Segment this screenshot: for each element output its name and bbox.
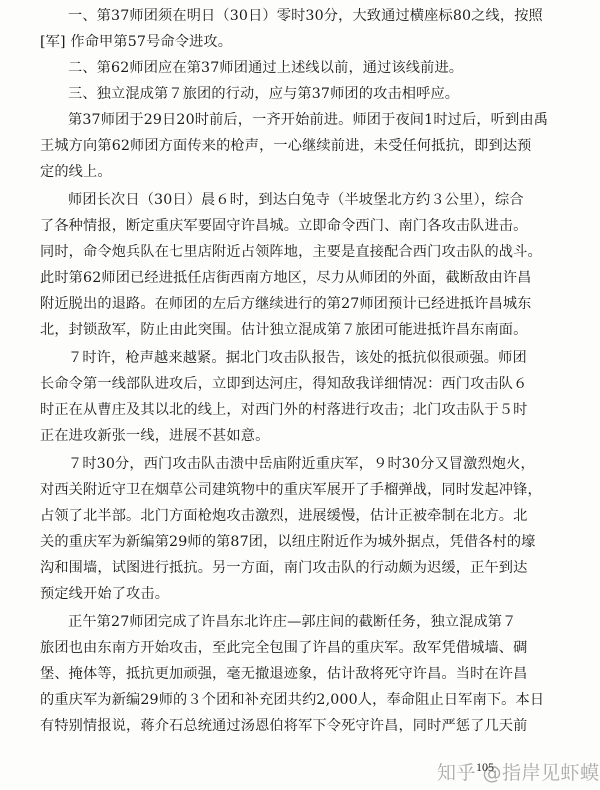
text-line: 此时第62师团已经进抵任店街西南方地区，尽力从师团的外面，截断敌由许昌: [40, 268, 532, 288]
text-line: 预定线开始了攻击。: [40, 584, 169, 604]
text-line: 旅团也由东南方开始攻击，至此完全包围了许昌的重庆军。敌军凭借城墙、碉: [40, 638, 527, 658]
text-line: 王城方向第62师团方面传来的枪声，一心继续前进，未受任何抵抗，即到达预: [40, 136, 532, 156]
text-line: 有特别情报说，蒋介石总统通过汤恩伯将军下令死守许昌，同时严惩了几天前: [40, 716, 527, 736]
text-line: 北，封锁敌军，防止由此突围。估计独立混成第７旅团可能进抵许昌东南面。: [40, 320, 527, 340]
text-line: 沟和围墙，试图进行抵抗。另一方面，南门攻击队的行动颇为迟缓，正午到达: [40, 558, 527, 578]
text-line: 对西关附近守卫在烟草公司建筑物中的重庆军展开了手榴弹战，同时发起冲锋，: [40, 480, 542, 500]
text-line: 师团长次日（30日）晨６时，到达白兔寺（半坡堡北方约３公里），综合: [68, 190, 524, 210]
page-number: 105: [476, 760, 494, 775]
text-line: 三、独立混成第７旅团的行动，应与第37师团的攻击相呼应。: [68, 84, 459, 104]
text-line: 关的重庆军为新编第29师的第87团，以纽庄附近作为城外据点，凭借各村的壕: [40, 532, 536, 552]
text-line: 同时，命令炮兵队在七里店附近占领阵地，主要是直接配合西门攻击队的战斗。: [40, 242, 542, 262]
watermark: 知乎 @指岸见虾蟆: [437, 758, 600, 785]
text-line: 二、第62师团应在第37师团通过上述线以前，通过该线前进。: [68, 58, 463, 78]
text-line: 正午第27师团完成了许昌东北许庄—郭庄间的截断任务，独立混成第７: [68, 612, 516, 632]
text-line: ７时30分，西门攻击队击溃中岳庙附近重庆军，９时30分又冒激烈炮火，: [68, 454, 535, 474]
text-line: [军] 作命甲第57号命令进攻。: [40, 32, 232, 52]
text-line: ７时许，枪声越来越紧。据北门攻击队报告，该处的抵抗似很顽强。师团: [68, 348, 527, 368]
text-line: 时正在从曹庄及其以北的线上，对西门外的村落进行攻击；北门攻击队于５时: [40, 400, 527, 420]
text-line: 定的线上。: [40, 162, 112, 182]
text-line: 一、第37师团须在明日（30日）零时30分，大致通过横座标80之线，按照: [68, 6, 543, 26]
text-line: 第37师团于29日20时前后，一齐开始前进。师团于夜间1时过后，听到由禹: [68, 110, 548, 130]
text-line: 占领了北半部。北门方面枪炮攻击激烈，进展缓慢，估计正被牵制在北方。北: [40, 506, 527, 526]
text-line: 了各种情报，断定重庆军要固守许昌城。立即命令西门、南门各攻击队进击。: [40, 216, 527, 236]
text-line: 附近脱出的退路。在师团的左后方继续进行的第27师团预计已经进抵许昌城东: [40, 294, 532, 314]
text-line: 长命令第一线部队进攻后，立即到达河庄，得知敌我详细情况：西门攻击队６: [40, 374, 527, 394]
text-line: 的重庆军为新编29师的３个团和补充团共约2,000人，奉命阻止日军南下。本日: [40, 690, 544, 710]
text-line: 正在进攻新张一线，进展不甚如意。: [40, 426, 269, 446]
text-line: 堡、掩体等，抵抗更加顽强，毫无撤退迹象，估计敌将死守许昌。当时在许昌: [40, 664, 527, 684]
